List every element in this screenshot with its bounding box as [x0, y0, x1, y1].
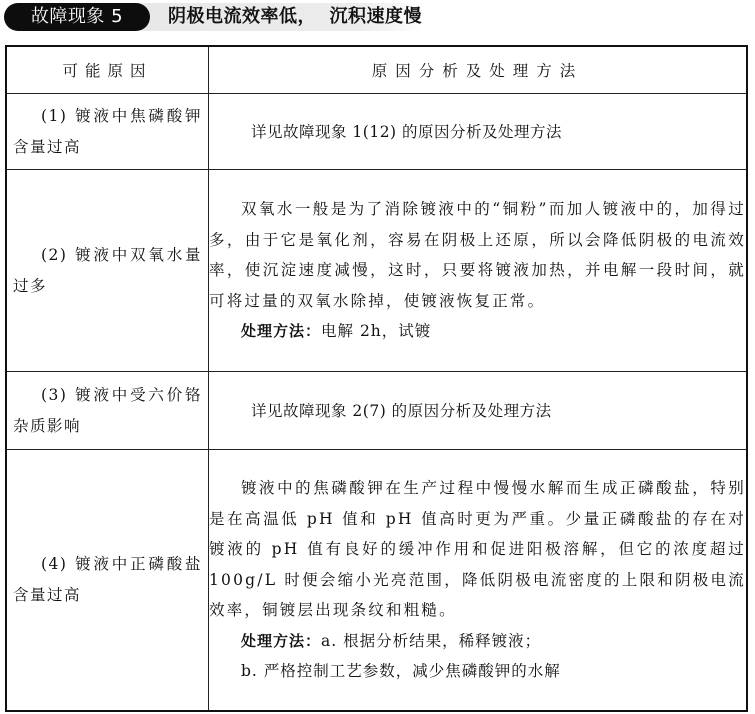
method-line: 处理方法：a. 根据分析结果，稀释镀液；: [209, 626, 746, 657]
header-analysis: 原因分析及处理方法: [209, 46, 748, 94]
table-row: (3) 镀液中受六价铬杂质影响 详见故障现象 2(7) 的原因分析及处理方法: [6, 372, 747, 450]
cause-text: (2) 镀液中双氧水量过多: [7, 240, 208, 302]
fault-title: 阴极电流效率低， 沉积速度慢: [168, 3, 422, 31]
fault-badge: 故障现象 5: [4, 3, 150, 31]
cause-cell: (2) 镀液中双氧水量过多: [6, 170, 209, 372]
method-line: 处理方法：电解 2h，试镀: [209, 316, 746, 347]
method-label: 处理方法：: [241, 632, 321, 650]
table-row: (2) 镀液中双氧水量过多 双氧水一般是为了消除镀液中的“铜粉”而加人镀液中的，…: [6, 170, 747, 372]
method-label: 处理方法：: [241, 322, 321, 340]
analysis-paragraph: 双氧水一般是为了消除镀液中的“铜粉”而加人镀液中的，加得过多，由于它是氧化剂，容…: [209, 194, 746, 316]
table-row: (4) 镀液中正磷酸盐含量过高 镀液中的焦磷酸钾在生产过程中慢慢水解而生成正磷酸…: [6, 450, 747, 712]
method-line-b: b. 严格控制工艺参数，减少焦磷酸钾的水解: [209, 656, 746, 687]
table-row: (1) 镀液中焦磷酸钾含量过高 详见故障现象 1(12) 的原因分析及处理方法: [6, 94, 747, 170]
cause-cell: (3) 镀液中受六价铬杂质影响: [6, 372, 209, 450]
header-cause: 可能原因: [6, 46, 209, 94]
cause-text: (3) 镀液中受六价铬杂质影响: [7, 380, 208, 442]
table-header-row: 可能原因 原因分析及处理方法: [6, 46, 747, 94]
cause-cell: (1) 镀液中焦磷酸钾含量过高: [6, 94, 209, 170]
method-text: 电解 2h，试镀: [321, 322, 431, 340]
cause-text: (1) 镀液中焦磷酸钾含量过高: [7, 101, 208, 163]
analysis-paragraph: 镀液中的焦磷酸钾在生产过程中慢慢水解而生成正磷酸盐，特别是在高温低 pH 值和 …: [209, 473, 746, 626]
method-text: a. 根据分析结果，稀释镀液；: [321, 632, 541, 650]
reference-text: 详见故障现象 1(12) 的原因分析及处理方法: [209, 119, 746, 145]
cause-cell: (4) 镀液中正磷酸盐含量过高: [6, 450, 209, 712]
analysis-cell: 详见故障现象 1(12) 的原因分析及处理方法: [209, 94, 748, 170]
cause-text: (4) 镀液中正磷酸盐含量过高: [7, 549, 208, 611]
analysis-cell: 详见故障现象 2(7) 的原因分析及处理方法: [209, 372, 748, 450]
analysis-cell: 双氧水一般是为了消除镀液中的“铜粉”而加人镀液中的，加得过多，由于它是氧化剂，容…: [209, 170, 748, 372]
analysis-cell: 镀液中的焦磷酸钾在生产过程中慢慢水解而生成正磷酸盐，特别是在高温低 pH 值和 …: [209, 450, 748, 712]
reference-text: 详见故障现象 2(7) 的原因分析及处理方法: [209, 398, 746, 424]
fault-table: 可能原因 原因分析及处理方法 (1) 镀液中焦磷酸钾含量过高 详见故障现象 1(…: [5, 45, 748, 712]
